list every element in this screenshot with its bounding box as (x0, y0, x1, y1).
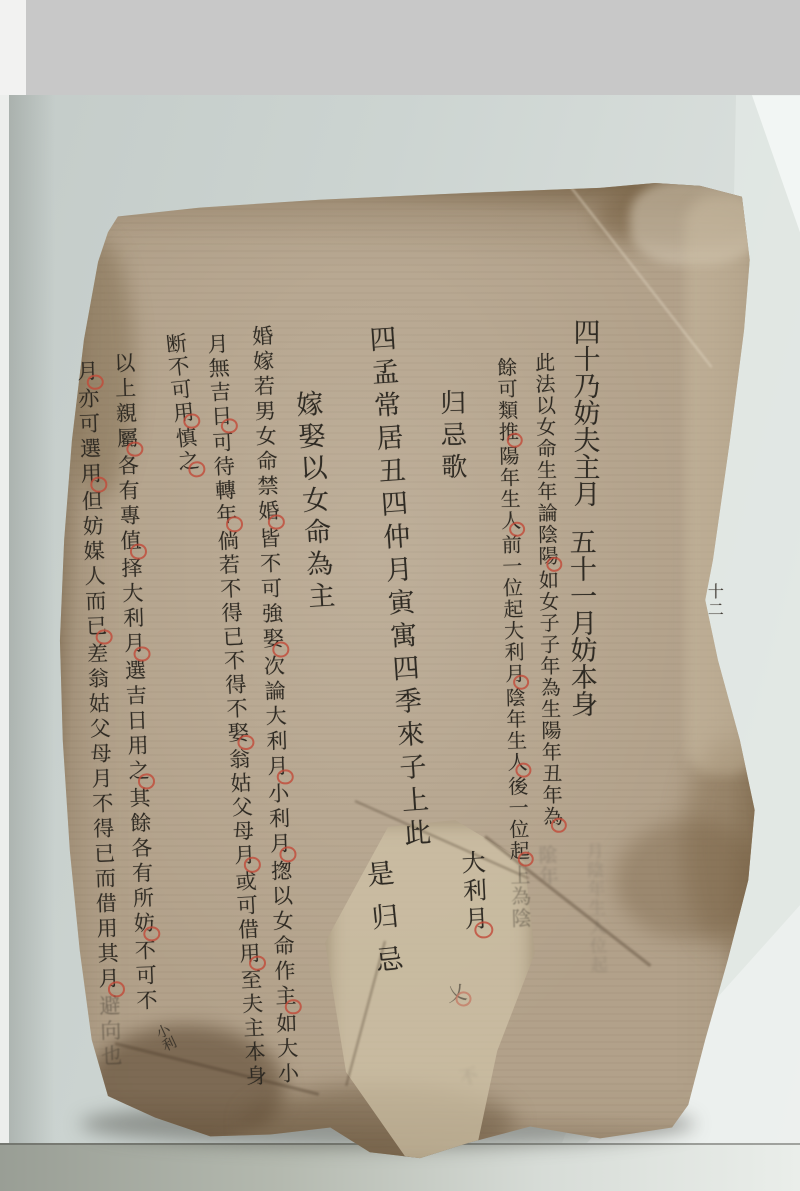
glyph: 此 (398, 818, 431, 853)
glyph: 而 (82, 589, 107, 615)
glyph: 陰 (583, 861, 604, 881)
glyph: 論 (262, 679, 287, 705)
glyph: 年 (534, 481, 558, 503)
glyph: 利 (501, 641, 526, 663)
glyph: 女 (296, 485, 329, 519)
glyph: 一 (565, 582, 596, 609)
glyph: 如 (273, 1012, 298, 1038)
glyph: 子 (536, 612, 560, 634)
red-circle-mark (244, 856, 261, 872)
glyph: 主 (569, 453, 600, 480)
glyph: 嫁 (291, 389, 324, 423)
glyph: 不 (217, 577, 242, 602)
glyph: 位 (499, 577, 524, 599)
red-circle-mark (237, 734, 254, 750)
glyph: 年 (539, 784, 563, 806)
glyph: 忌 (436, 421, 467, 454)
glyph: 不 (224, 697, 249, 722)
glyph: 媒 (81, 540, 106, 566)
glyph: 小 (275, 1062, 300, 1088)
glyph: 可 (494, 378, 519, 400)
glyph: 身 (566, 690, 597, 717)
glyph: 借 (235, 918, 260, 943)
glyph: 不 (90, 792, 115, 818)
red-circle-mark (507, 433, 523, 448)
glyph: 以 (269, 884, 294, 910)
glyph: 归 (365, 901, 400, 947)
glyph: 利 (120, 606, 145, 632)
glyph: 也 (98, 1044, 123, 1070)
glyph: 不 (134, 989, 159, 1015)
glyph: 人 (82, 564, 107, 590)
glyph: 父 (229, 795, 254, 820)
glyph: 法 (532, 373, 556, 395)
glyph: 仲 (377, 521, 410, 556)
glyph: 以 (111, 352, 136, 378)
glyph: 嫁 (250, 350, 275, 376)
glyph: 慎 (172, 426, 198, 451)
glyph: 女 (533, 416, 557, 438)
col-note-3: 断不可用慎之 (163, 332, 199, 477)
glyph: 前 (498, 534, 523, 556)
glyph: 男 (252, 400, 277, 426)
glyph: 子 (393, 752, 426, 787)
glyph: 女 (270, 909, 295, 935)
glyph: 身 (243, 1064, 268, 1089)
red-circle-mark (551, 817, 567, 832)
glyph: 次 (261, 654, 286, 680)
glyph: 親 (113, 402, 138, 428)
glyph: 断 (162, 332, 188, 357)
red-circle-mark (509, 521, 525, 536)
col-bleedthrough-1: 月陰年生人位起 (583, 842, 605, 976)
glyph: 歌 (437, 453, 468, 486)
glyph: 利 (266, 807, 291, 833)
glyph: 归 (436, 389, 467, 422)
glyph: 不 (221, 649, 246, 674)
glyph: 得 (219, 601, 244, 626)
glyph: 後 (504, 775, 529, 797)
glyph: 用 (94, 917, 119, 943)
glyph: 上 (112, 377, 137, 403)
glyph: 大 (274, 1037, 299, 1063)
glyph: 月 (89, 767, 114, 793)
red-circle-mark (513, 674, 529, 689)
glyph: 夫 (569, 426, 600, 453)
glyph: 年 (584, 880, 605, 900)
glyph: 其 (95, 942, 120, 968)
glyph: 丑 (373, 456, 406, 491)
glyph: 揔 (268, 859, 293, 885)
glyph: 不 (165, 355, 191, 380)
red-circle-mark (516, 763, 532, 778)
glyph: 而 (92, 867, 117, 893)
red-circle-mark (138, 773, 155, 789)
red-circle-mark (268, 514, 285, 530)
col-note-1-left: 餘可類推陽年生人前一位起大利月陰年生人後一位起上為陰 (495, 357, 530, 929)
glyph: 借 (93, 892, 118, 918)
glyph: 月 (204, 332, 229, 357)
glyph: 得 (90, 817, 115, 843)
red-circle-mark (277, 769, 294, 785)
glyph: 四 (375, 488, 408, 523)
glyph: 生 (503, 730, 528, 752)
glyph: 夫 (239, 992, 264, 1017)
red-circle-mark (474, 921, 493, 939)
glyph: 位 (586, 937, 607, 957)
glyph: 大 (119, 581, 144, 607)
glyph: 月 (569, 480, 600, 507)
glyph: 一 (505, 797, 530, 819)
glyph: 母 (230, 819, 255, 844)
glyph: 本 (242, 1040, 267, 1065)
glyph: 但 (79, 490, 104, 516)
col-ink-squiggle: 乂 (443, 981, 467, 1007)
glyph: 陰 (502, 687, 527, 709)
glyph: 命 (533, 438, 557, 460)
col-bleedthrough-3: 不 (455, 1066, 477, 1088)
glyph: 陰 (508, 907, 533, 929)
glyph: 子 (536, 634, 560, 656)
glyph: 若 (216, 553, 241, 578)
glyph: 姑 (227, 771, 252, 796)
glyph: 父 (87, 717, 112, 743)
red-circle-mark (133, 646, 150, 662)
glyph: 月 (565, 609, 596, 636)
glyph: 女 (253, 424, 278, 450)
glyph: 無 (206, 356, 231, 381)
glyph: 其 (127, 786, 152, 812)
col-title-right-b: 五十一月妨本身 (566, 528, 595, 717)
glyph: 月 (380, 554, 413, 589)
glyph: 忌 (370, 944, 405, 990)
glyph: 妨 (80, 515, 105, 541)
col-page-number: 十二 (706, 583, 722, 619)
glyph: 大 (263, 704, 288, 730)
red-circle-mark (547, 557, 563, 572)
red-circle-mark (188, 461, 206, 478)
col-heading-guiji-song: 归忌歌 (437, 389, 465, 485)
glyph: 寓 (384, 620, 417, 655)
glyph: 陰 (534, 524, 558, 546)
glyph: 若 (251, 375, 276, 401)
glyph: 寅 (382, 587, 415, 622)
red-circle-mark (126, 441, 143, 457)
glyph: 大 (456, 849, 485, 878)
glyph: 命 (298, 517, 331, 551)
glyph: 隂 (535, 845, 558, 867)
glyph: 以 (294, 453, 327, 487)
glyph: 一 (499, 555, 524, 577)
glyph: 年 (537, 655, 561, 677)
glyph: 已 (91, 842, 116, 868)
glyph: 可 (133, 964, 158, 990)
glyph: 如 (535, 569, 559, 591)
col-note-4-small: 小利 (153, 1022, 178, 1053)
glyph: 姑 (86, 692, 111, 718)
red-circle-mark (221, 417, 238, 433)
red-circle-mark (95, 629, 112, 645)
glyph: 陽 (538, 720, 562, 742)
glyph: 翁 (226, 747, 251, 772)
glyph: 強 (259, 602, 284, 628)
glyph: 年 (496, 467, 521, 489)
glyph: 命 (254, 449, 279, 475)
photo-top-corner (0, 0, 26, 95)
photo-top-border (0, 0, 800, 95)
glyph: 不 (132, 939, 157, 965)
glyph: 各 (128, 836, 153, 862)
glyph: 二 (705, 601, 724, 619)
glyph: 生 (537, 698, 561, 720)
glyph: 有 (129, 861, 154, 887)
glyph: 生 (497, 488, 522, 510)
col-guiji-verse: 四孟常居丑四仲月寅寓四季來子上此 (365, 324, 429, 853)
glyph: 吉 (207, 380, 232, 405)
glyph: 專 (117, 504, 142, 530)
glyph: 小 (265, 782, 290, 808)
glyph: 主 (302, 581, 335, 615)
glyph: 十 (569, 345, 600, 372)
glyph: 日 (124, 709, 149, 735)
glyph: 已 (220, 625, 245, 650)
glyph: 翁 (85, 667, 110, 693)
glyph: 五 (565, 528, 596, 555)
glyph: 轉 (212, 479, 237, 504)
glyph: 論 (534, 502, 558, 524)
glyph: 生 (584, 899, 605, 919)
glyph: 選 (122, 659, 147, 685)
col-guiji-verse-end: 是归忌 (362, 859, 403, 990)
glyph: 娶 (293, 421, 326, 455)
glyph: 十 (705, 583, 724, 601)
glyph: 妨 (569, 399, 600, 426)
glyph: 吉 (123, 684, 148, 710)
col-bleedthrough-2: 隂年 (536, 845, 557, 888)
glyph: 向 (97, 1019, 122, 1045)
glyph: 命 (271, 934, 296, 960)
glyph: 人 (585, 918, 606, 938)
glyph: 可 (258, 577, 283, 603)
red-circle-mark (455, 990, 473, 1008)
glyph: 作 (272, 959, 297, 985)
glyph: 或 (233, 870, 258, 895)
glyph: 择 (119, 556, 144, 582)
glyph: 可 (234, 894, 259, 919)
red-circle-mark (143, 926, 160, 942)
glyph: 常 (368, 390, 401, 425)
glyph: 本 (566, 663, 597, 690)
glyph: 此 (531, 352, 555, 374)
glyph: 待 (211, 455, 236, 480)
glyph: 利 (264, 729, 289, 755)
glyph: 利 (458, 877, 487, 906)
calligraphy-text-layer: 四十乃妨夫主月五十一月妨本身此法以女命生年論陰陽如女子子年為生陽年丑年為餘可類推… (0, 0, 800, 1191)
glyph: 避 (97, 994, 122, 1020)
red-circle-mark (183, 412, 201, 429)
red-circle-mark (87, 374, 104, 390)
glyph: 餘 (127, 811, 152, 837)
glyph: 不 (257, 552, 282, 578)
glyph: 可 (210, 431, 235, 456)
glyph: 四 (364, 324, 397, 359)
glyph: 所 (130, 886, 155, 912)
glyph: 乃 (569, 372, 600, 399)
glyph: 起 (500, 598, 525, 620)
col-da-li-yue: 大利月 (458, 849, 487, 936)
glyph: 可 (76, 412, 101, 438)
red-circle-mark (249, 955, 266, 971)
glyph: 婚 (249, 325, 274, 351)
glyph: 位 (505, 818, 530, 840)
glyph: 以 (532, 395, 556, 417)
glyph: 為 (300, 549, 333, 583)
glyph: 選 (77, 437, 102, 463)
glyph: 年 (538, 741, 562, 763)
red-circle-mark (285, 999, 302, 1015)
red-circle-mark (130, 543, 147, 559)
glyph: 為 (537, 677, 561, 699)
red-circle-mark (272, 641, 289, 657)
photo-of-manuscript: 四十乃妨夫主月五十一月妨本身此法以女命生年論陰陽如女子子年為生陽年丑年為餘可類推… (0, 0, 800, 1191)
col-heading-marriage: 嫁娶以女命為主 (292, 389, 333, 614)
col-title-right-a: 四十乃妨夫主月 (570, 318, 598, 507)
col-note-4-left: 月亦可選用但妨媒人而已差翁姑父母月不得已而借用其月避向也 (75, 360, 121, 1070)
glyph: 四 (569, 318, 600, 345)
glyph: 生 (533, 459, 557, 481)
glyph: 用 (125, 734, 150, 760)
glyph: 主 (240, 1016, 265, 1041)
glyph: 倘 (215, 529, 240, 554)
glyph: 年 (536, 866, 559, 888)
glyph: 禁 (255, 474, 280, 500)
glyph: 是 (361, 858, 396, 904)
glyph: 得 (222, 673, 247, 698)
glyph: 大 (500, 620, 525, 642)
glyph: 十 (565, 555, 596, 582)
glyph: 起 (586, 956, 607, 976)
glyph: 為 (507, 886, 532, 908)
glyph: 不 (455, 1065, 480, 1088)
glyph: 妨 (565, 636, 596, 663)
glyph: 上 (396, 785, 429, 820)
glyph: 上 (507, 864, 532, 886)
col-note-4-right: 以上親屬各有專值择大利月選吉日用之其餘各有所妨不可不 (112, 352, 157, 1015)
glyph: 來 (391, 719, 424, 754)
red-circle-mark (279, 846, 296, 862)
glyph: 陽 (496, 445, 521, 467)
glyph: 至 (238, 968, 263, 993)
glyph: 皆 (256, 527, 281, 553)
col-note-1-right: 此法以女命生年論陰陽如女子子年為生陽年丑年為 (533, 352, 562, 831)
glyph: 差 (84, 642, 109, 668)
glyph: 類 (495, 400, 520, 422)
glyph: 季 (389, 686, 422, 721)
glyph: 孟 (366, 357, 399, 392)
glyph: 亦 (75, 387, 100, 413)
glyph: 有 (116, 479, 141, 505)
glyph: 女 (536, 591, 560, 613)
glyph: 月 (582, 842, 603, 862)
glyph: 母 (88, 742, 113, 768)
red-circle-mark (90, 476, 107, 492)
glyph: 餘 (493, 357, 518, 379)
glyph: 各 (115, 454, 140, 480)
glyph: 丑 (539, 763, 563, 785)
glyph: 四 (387, 653, 420, 688)
glyph: 可 (167, 377, 193, 402)
red-circle-mark (226, 516, 243, 532)
glyph: 年 (503, 708, 528, 730)
glyph: 居 (370, 423, 403, 458)
